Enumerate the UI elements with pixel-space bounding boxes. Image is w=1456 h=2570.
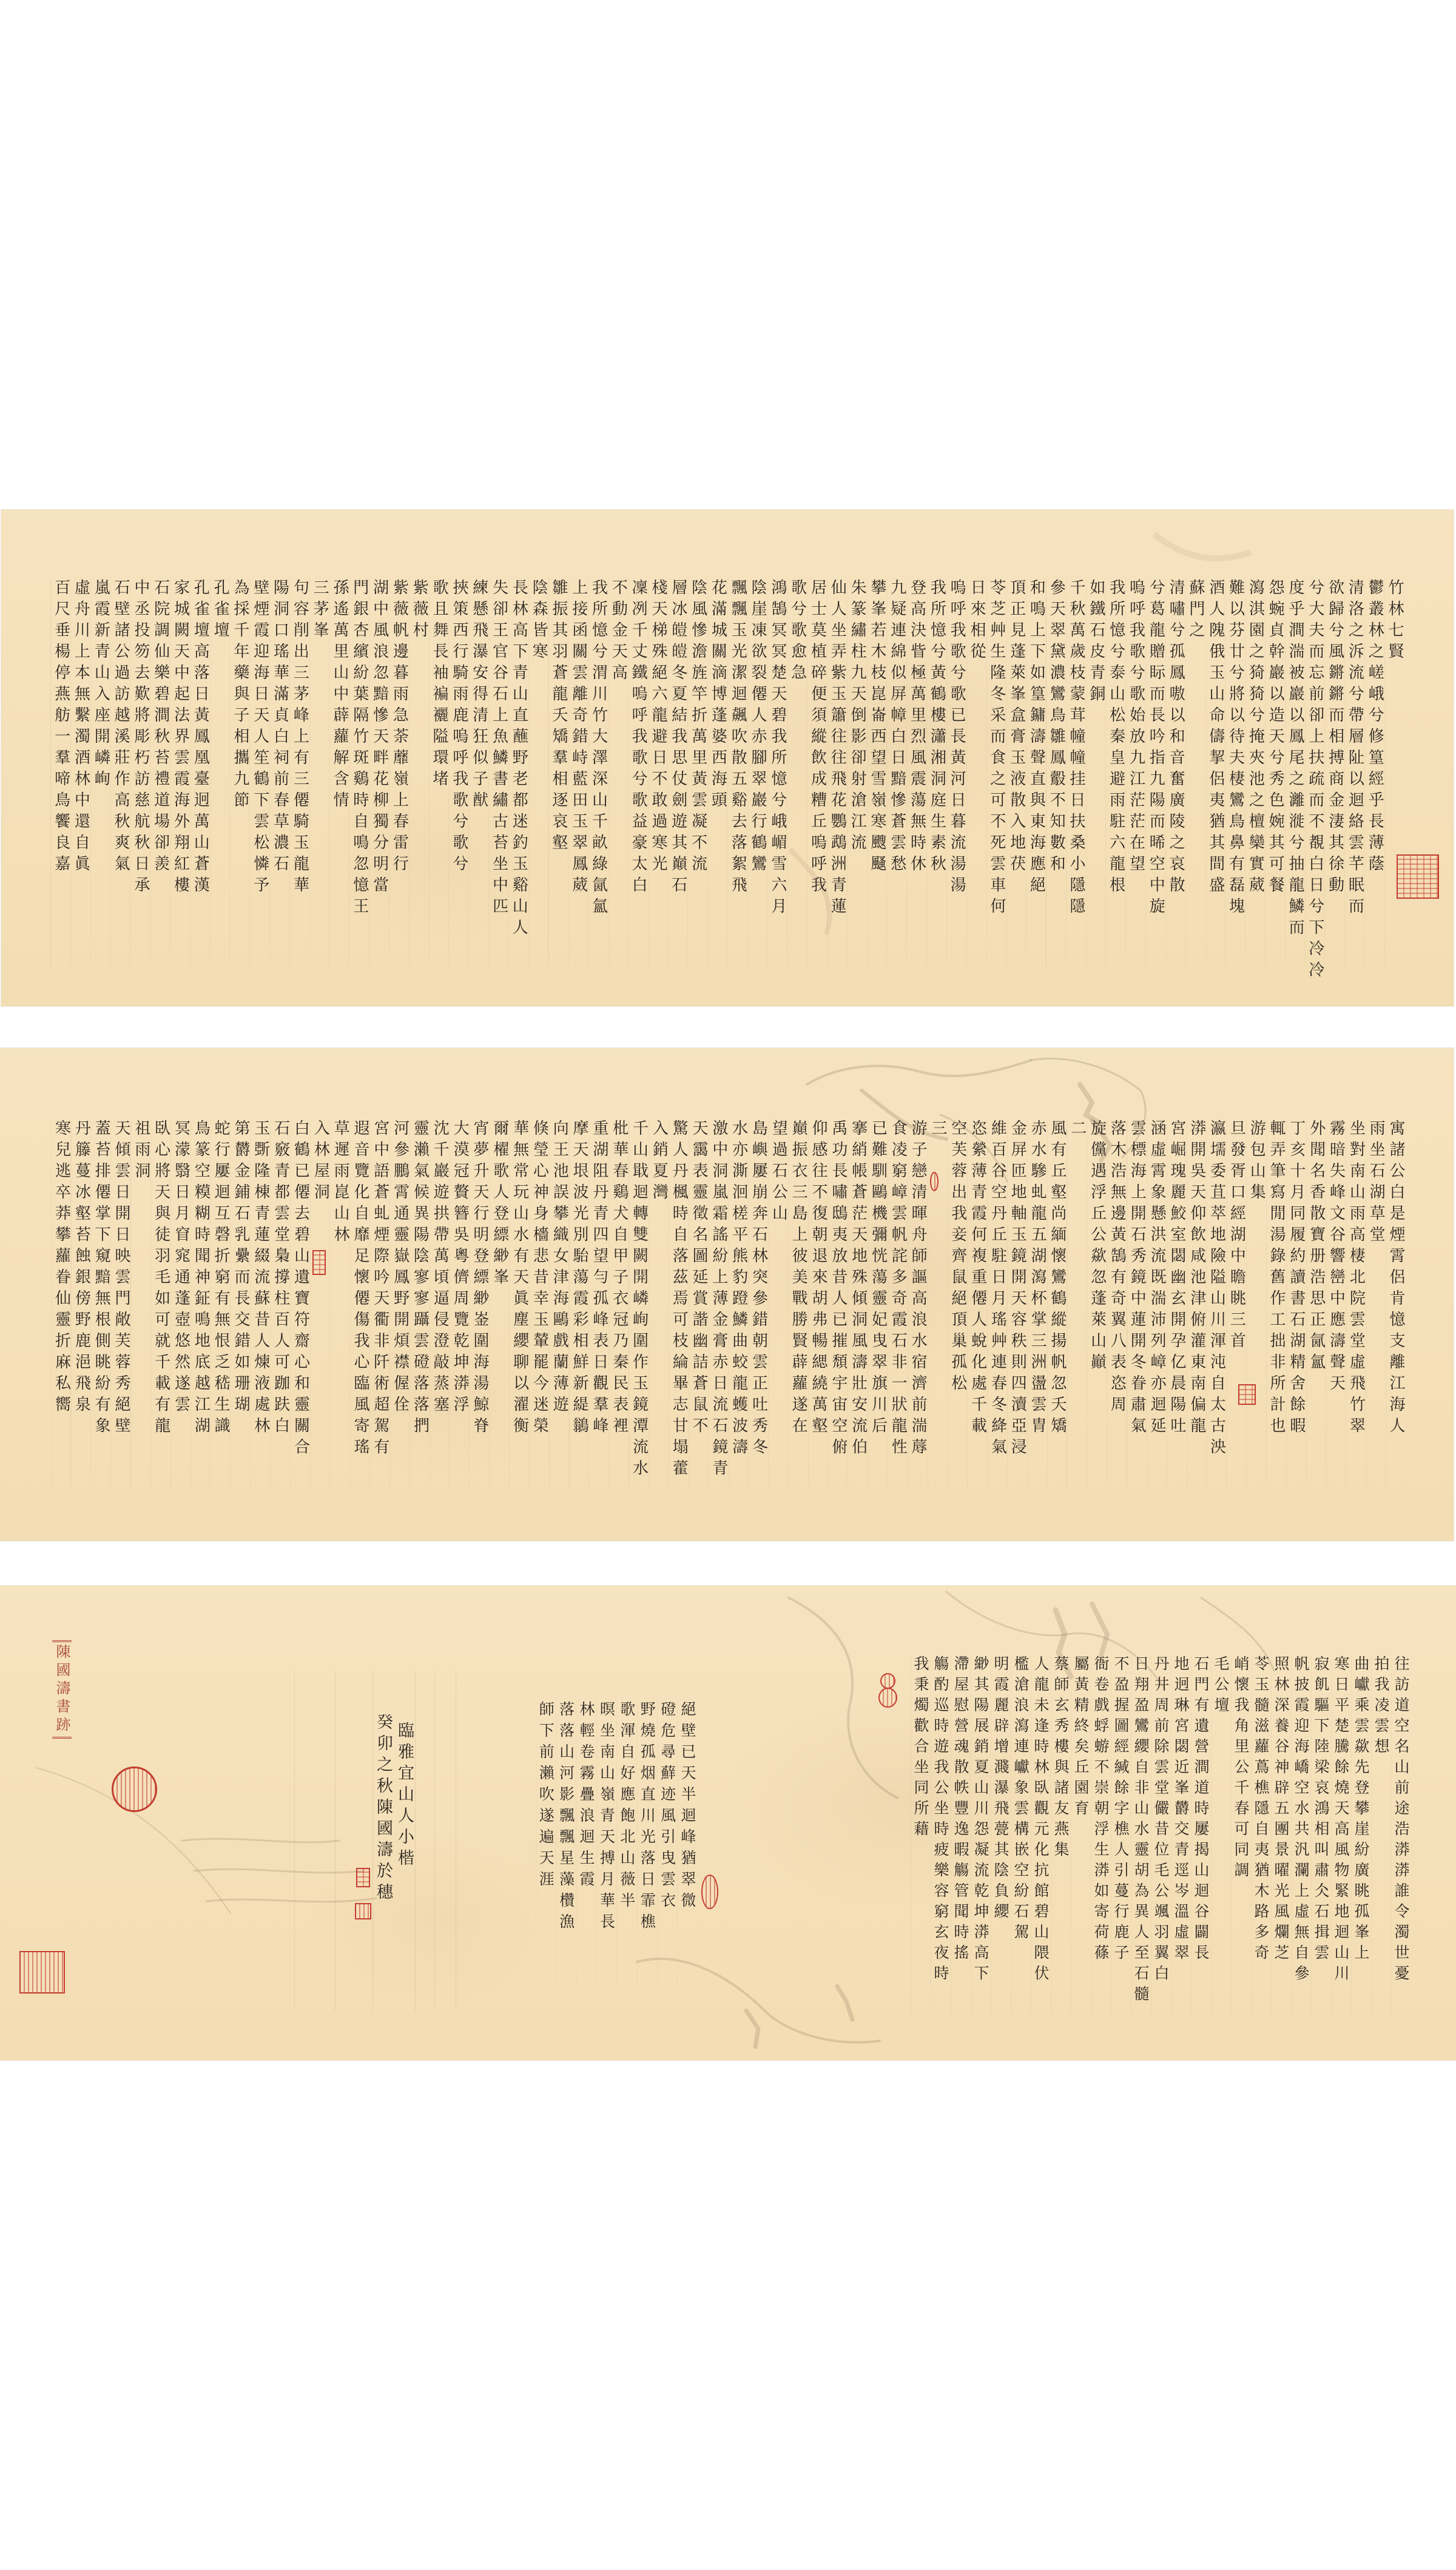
small-square-seal-icon — [312, 1250, 326, 1275]
calligraphy-text-block: 往訪道空名山前途浩漭漭誰令濁世憂拍我凌雲想曲巘乘雲歘先登攀崖紛廣眺孤峯上寒日平楚… — [911, 1655, 1411, 2020]
calligraphy-column-45: 爾櫂歌人登縹緲峯 — [490, 1120, 510, 1290]
calligraphy-column-46: 宵夢升天行明登縹緲崟圍海湯鯨脊 — [470, 1120, 490, 1438]
calligraphy-column-39: 不動金天高 — [608, 579, 629, 685]
calligraphy-column-0: 往訪道空名山前途浩漭漭誰令濁世憂 — [1391, 1655, 1411, 1986]
calligraphy-column-25: 食凌窮嶂雲帆詫多奇霞石非一狀龍性 — [888, 1120, 908, 1459]
calligraphy-column-20: 苓芝艸生隆冬采而食之可不死雲車何 — [986, 579, 1006, 919]
calligraphy-column-33: 飄飄玉光潔迴飆吹散五谿去落絮飛 — [727, 579, 747, 898]
name-seal-icon — [356, 1868, 370, 1887]
calligraphy-column-9: 毛公壇 — [1211, 1655, 1231, 1717]
short-poem-column-0: 絕壁已天半迴峰猶翠微 — [678, 1701, 698, 1913]
calligraphy-column-20: 維百谷空丹丘駐日月瑤艸連春冬絳氣 — [988, 1120, 1008, 1459]
calligraphy-column-39: 枇華春鷄犬自甲子衣冠乃秦民表裡 — [609, 1120, 629, 1438]
calligraphy-column-63: 祖雨洞 — [131, 1120, 151, 1183]
calligraphy-column-22: 嗚呼我歌兮歌已長黃河日暮流湯湯 — [946, 579, 966, 898]
calligraphy-column-6: 怨蜿貞幹巖以造天兮秀色婉其可餐 — [1265, 579, 1285, 898]
calligraphy-column-58: 第欝金鋪石乳纍而長交錯如珊瑚 — [231, 1120, 251, 1417]
calligraphy-column-18: 人龍未逢時林臥觀元化抗館碧山隈伏 — [1031, 1655, 1051, 1986]
calligraphy-column-67: 百尺垂楊停燕舫一羣啼鳥饗良嘉 — [51, 579, 71, 876]
calligraphy-column-64: 石壁諸公過訪越溪莊作高秋爽氣 — [110, 579, 130, 876]
short-poem-column-5: 林輕卷霧疊浪迴生霞 — [576, 1701, 596, 1892]
calligraphy-column-15: 旋儻遇浮丘公歘忽蓬萊山巓 — [1087, 1120, 1107, 1375]
guide-line — [415, 1671, 416, 2010]
oval-seal-icon — [701, 1875, 718, 1909]
calligraphy-column-57: 玉斲隆棟青蓮綴流蘇昔人煉液處林 — [251, 1120, 271, 1438]
calligraphy-column-36: 層冰皚皚冬夏結我思仗劍遊其巔石 — [668, 579, 688, 898]
calligraphy-column-20: 明霞麗辟增濺瀑飛甍其陰負纓 — [991, 1655, 1011, 1924]
calligraphy-column-37: 棧天梯殊絕六龍避日不敢過寒光 — [648, 579, 668, 876]
calligraphy-column-30: 歌兮歌愈急 — [787, 579, 807, 685]
calligraphy-column-33: 水亦澌洄槎平熊豹蹬鱗曲蛟龍蠖波濤 — [729, 1120, 749, 1459]
calligraphy-column-32: 陰崖凍欲裂僊人赤腳翠巖行鶴鸞 — [747, 579, 767, 876]
calligraphy-column-7: 游包山集 — [1246, 1120, 1266, 1205]
calligraphy-column-4: 兮大夫而忘前卻上扶疏而不覩白日兮下冷冷 — [1305, 579, 1325, 982]
calligraphy-column-9: 瀛壖委苴萃地險隘山川渾沌自太古泱 — [1207, 1120, 1227, 1459]
inscription-line-1: 臨雅宜山人小楷 — [394, 1705, 415, 1870]
name-seal-icon — [355, 1903, 371, 1919]
calligraphy-column-49: 紫薇村 — [409, 579, 429, 643]
calligraphy-column-32: 島嶼屢崩奔石林突參錯朝雲正吐秀冬 — [749, 1120, 769, 1459]
calligraphy-column-31: 望過石公山 — [769, 1120, 789, 1226]
calligraphy-column-65: 蓋苔排僊掌下窺黯無根側眺紛有象 — [91, 1120, 111, 1438]
calligraphy-column-56: 陽洞口瑤華滿貞白祠前春草濃石 — [270, 579, 290, 876]
scroll-panel-1: 竹林七賢鬱叢林之嵯峨兮修篁經乎長薄蔭清洛之泝流兮帶層阯以迴絡雲芊眠而欲歸兮風鏘鏘… — [1, 510, 1454, 1006]
calligraphy-column-63: 中丞投笏去歎將彫朽訪慈航秋日承 — [130, 579, 150, 898]
calligraphy-column-31: 鴻鵠冥冥楚天碧我所憶兮峨嵋雪六月 — [767, 579, 787, 919]
calligraphy-column-42: 雛振其羽蒼龍夭矯羣相逐哀壑 — [548, 579, 568, 855]
calligraphy-column-47: 大漠冠贅簪吳粵儕周覽乾坤漭浮 — [450, 1120, 470, 1417]
calligraphy-column-1: 雨坐石湖草堂 — [1366, 1120, 1386, 1247]
gourd-seal-icon — [878, 1673, 897, 1708]
calligraphy-column-40: 我所憶兮渭川竹大澤深山千畝綠氤氳 — [588, 579, 608, 919]
calligraphy-column-44: 長林高下青山直蘸野老都迷釣玉谿山人 — [508, 579, 528, 940]
short-poem-column-3: 歌渾自好應飽北山薇半 — [616, 1701, 636, 1913]
calligraphy-column-3: 霧暗失峰文谷響巒中應濤聲天 — [1326, 1120, 1346, 1396]
calligraphy-column-13: 嗚呼我歌兮歌始放九江茫茫在望 — [1126, 579, 1146, 876]
calligraphy-column-21: 日來相從 — [966, 579, 986, 664]
calligraphy-column-24: 我秉燭歡合坐同所藉 — [911, 1655, 931, 1841]
short-poem-column-7: 師下前瀨吹遂遍天涯 — [536, 1701, 556, 1892]
inscription-line-2: 癸卯之秋陳國濤於穗 — [372, 1705, 394, 1904]
calligraphy-column-10: 蘇門之 — [1185, 579, 1205, 643]
calligraphy-column-23: 觴酌巡時遊我公坐時疲樂容窮玄夜時 — [931, 1655, 951, 1986]
calligraphy-column-12: 涵虛霄象懸洪流既湍沛列嶂亦迴延 — [1147, 1120, 1167, 1438]
calligraphy-column-3: 寒日平楚騰餘燒天高風物緊地迴山川 — [1331, 1655, 1351, 1986]
calligraphy-column-38: 凜冽千丈鐵嗚呼我歌兮歌益豪太白 — [628, 579, 648, 898]
calligraphy-column-65: 嵐霞新青山入座開嶙峋 — [90, 579, 110, 791]
calligraphy-column-50: 河參鵬霄通靈嶽鳳野開煩襟偓佺 — [390, 1120, 410, 1417]
calligraphy-column-60: 孔雀壇高落日黃鳳凰臺迥萬山蒼漢 — [190, 579, 210, 898]
guide-line — [434, 1671, 435, 2010]
calligraphy-column-5: 度乎澗湍被巖以鳳尾之灕漇兮抽龍鱗而 — [1285, 579, 1305, 940]
calligraphy-column-51: 宮中語蒼虬煙際吟天衢非阡術超駕有 — [370, 1120, 390, 1459]
calligraphy-column-24: 登高決眥極萬里烈風震蕩無時休 — [907, 579, 927, 876]
calligraphy-column-27: 朱篆繡柱九天倒影卻射滄江流 — [847, 579, 867, 855]
calligraphy-column-1: 鬱叢林之嵯峨兮修篁經乎長薄蔭 — [1364, 579, 1384, 876]
calligraphy-column-51: 湖中風浪忽黯慘天畔花柳獨分明當 — [369, 579, 389, 898]
calligraphy-column-59: 孔雀壇 — [210, 579, 230, 643]
calligraphy-column-29: 居士莫植碎便須縱飲成糟丘嗚呼我 — [807, 579, 827, 898]
calligraphy-column-59: 蛇行屢迴互磬折窮有無恨乏嵇生識 — [211, 1120, 231, 1438]
calligraphy-column-10: 石門有遺營澗道時屢揭山迴谷闢長 — [1191, 1655, 1211, 1965]
calligraphy-column-14: 落木浩無邊黃鵠有奇翼八表恣周 — [1107, 1120, 1127, 1417]
round-seal-icon — [112, 1767, 157, 1812]
calligraphy-column-19: 金屏匝地軸玉鏡開天容秩則四瀆亞浸 — [1007, 1120, 1027, 1459]
calligraphy-column-13: 日翔盈鸞纓自非山水靈胡為異人至石髓 — [1131, 1655, 1151, 2006]
calligraphy-column-57: 壁煙霞迎海日天人笙鶴下雲松憐予 — [250, 579, 270, 898]
calligraphy-column-18: 和鳴上下如篁鏞濤聲直與東海應絕 — [1026, 579, 1046, 898]
calligraphy-column-38: 千山戢迴轉雙闕開嶙峋圍作玉鏡潭流水 — [629, 1120, 649, 1481]
short-poem-column-6: 落落山河影飄飄星藻欑漁 — [556, 1701, 576, 1935]
calligraphy-column-2: 坐對南山雨高棲北院雲堂虛飛竹翠 — [1346, 1120, 1366, 1438]
calligraphy-column-12: 丹井周前除雲堂儼昔位毛公颯羽翼白 — [1151, 1655, 1171, 1986]
calligraphy-column-34: 激中洞嵐霜謠紛上薄金膏赤日流石鏡青 — [709, 1120, 729, 1481]
calligraphy-text-block: 寓諸公白是煙霄侶肯憶支離江海人雨坐石湖草堂坐對南山雨高棲北院雲堂虛飛竹翠霧暗失峰… — [51, 1120, 1406, 1490]
calligraphy-column-61: 冥濛翳日月窅窕通蓬壺悠然遂雲 — [171, 1120, 191, 1417]
calligraphy-column-21: 緲其陽展銷夏山川怨凝流乾坤漭高下 — [971, 1655, 991, 1986]
calligraphy-column-5: 丁亥十月同履約讀書石湖精舍餘暇 — [1286, 1120, 1306, 1438]
calligraphy-column-43: 倏瑩心神身檣悲昔幸玉輦罷今迷榮 — [530, 1120, 550, 1438]
calligraphy-column-67: 寒兒逃卒莽攀蘿眷仙靈折麻私嚮 — [52, 1120, 72, 1417]
calligraphy-column-18: 赤水驂虬龍五湖瀉杯掌三洲盪雲胄 — [1027, 1120, 1047, 1438]
square-seal-icon — [19, 1951, 65, 1993]
calligraphy-column-23: 我所憶兮黃鶴樓瀟湘洞庭生素秋 — [927, 579, 947, 876]
calligraphy-column-30: 巔振衣三島上彼美戰勝賢薜蘿遂在 — [788, 1120, 808, 1438]
calligraphy-column-43: 陰森皆寒 — [528, 579, 548, 664]
calligraphy-column-44: 華無常玩山水有天眞塵纓聊以濯衡 — [510, 1120, 530, 1438]
calligraphy-column-15: 如鐵石皮青銅 — [1086, 579, 1106, 706]
calligraphy-column-41: 上接函關雲離奇錯峙藍田玉翠鳳葳 — [568, 579, 588, 898]
calligraphy-column-55: 句容削出三茅峰上有三僊騎玉龍華 — [290, 579, 310, 898]
calligraphy-column-54: 三茅峯 — [309, 579, 329, 643]
calligraphy-column-66: 丹籐蔓冰壑苔蝕銀傍野鹿浥飛泉 — [72, 1120, 92, 1417]
calligraphy-column-26: 已難馴鷗機彌恍蕩靈妃曳翠旗川后 — [868, 1120, 888, 1438]
calligraphy-column-25: 九疑連綿似屏幛白日黯慘蒼雲愁 — [887, 579, 907, 876]
calligraphy-column-64: 天傾雲日開日映雲門敞芙蓉秀絕壁 — [111, 1120, 131, 1438]
guide-line — [335, 1671, 335, 2010]
short-poem-column-1: 磴危尋蘚迹風引曳雲衣 — [657, 1701, 677, 1913]
calligraphy-column-52: 門銀杏繽紛葉隔竹斑鷄時自鳴忽憶王 — [349, 579, 369, 919]
calligraphy-column-10: 漭開吳天仰飲咸池津俯灌東南偏龍 — [1187, 1120, 1207, 1438]
calligraphy-column-4: 外聞名香散寶册浩思正氤氳 — [1306, 1120, 1326, 1375]
calligraphy-column-41: 摩天垠波光別駘蕩霞彩相鮮新緹鶲 — [569, 1120, 589, 1438]
calligraphy-column-17: 風有丘壑尚緬懷鸞鶴縱揚帆忽夭矯 — [1047, 1120, 1067, 1438]
calligraphy-column-36: 驚人丹楓時自落茲焉可枝綸畢志甘塌藿 — [669, 1120, 689, 1481]
calligraphy-column-6: 照林深養谷神辟五團景曜光風爛芝 — [1271, 1655, 1291, 1965]
calligraphy-column-22: 空芙蓉出我妾齊鼠絕頂巢孤松 — [948, 1120, 968, 1396]
calligraphy-column-45: 失卻王官谷石上魚鱗書繡古苔坐中匹 — [489, 579, 509, 919]
calligraphy-column-17: 參天翠黛濃鸞鳥雛鳳鷇不知數和 — [1046, 579, 1066, 876]
calligraphy-column-1: 拍我凌雲想 — [1371, 1655, 1391, 1759]
calligraphy-column-6: 輒弄筆寫閒湯錄舊作工拙非所計也 — [1266, 1120, 1286, 1438]
calligraphy-column-26: 攀峯若木枝崑崙西望雪嶺寒颼颾 — [867, 579, 887, 876]
calligraphy-column-5: 帆披霞迎海嶠空水共汎瀾上虛無自參 — [1291, 1655, 1311, 1986]
calligraphy-column-14: 不盈握圖經緘餘字樵人引蔓行鹿子 — [1111, 1655, 1131, 1965]
square-seal-icon — [1397, 854, 1439, 899]
calligraphy-column-17: 蔡師玄秀樓與諸友燕集 — [1051, 1655, 1071, 1862]
calligraphy-column-0: 寓諸公白是煙霄侶肯憶支離江海人 — [1386, 1120, 1406, 1438]
scroll-panel-2: 寓諸公白是煙霄侶肯憶支離江海人雨坐石湖草堂坐對南山雨高棲北院雲堂虛飛竹翠霧暗失峰… — [0, 1048, 1454, 1541]
calligraphy-column-4: 寂飢驅下陸梁哀鴻相叫肅仌石揖雲 — [1311, 1655, 1331, 1965]
calligraphy-column-23: 三 — [928, 1120, 948, 1141]
calligraphy-column-16: 二 — [1067, 1120, 1087, 1141]
calligraphy-column-14: 我所憶兮泰山松秦皇避雨駐六龍根 — [1106, 579, 1126, 898]
calligraphy-column-42: 向王池誤攀織女津海鷗戲蘭薄遊 — [549, 1120, 569, 1417]
calligraphy-column-40: 重湖阻丹青四望勻孤峰表日觀羣峰 — [589, 1120, 609, 1438]
calligraphy-column-52: 遐音覽化自靡足懷僊傷我心臨風寄瑤 — [350, 1120, 370, 1459]
calligraphy-column-62: 石院調仙樂碧澗秋苔禮道場卻羨 — [150, 579, 170, 876]
calligraphy-column-58: 為採千年藥與子相攜九節 — [230, 579, 250, 813]
calligraphy-column-61: 家城闕天中起法界雲霞海外翔紅樓 — [170, 579, 190, 898]
calligraphy-column-11: 清嘯兮孤鳳嗷以和音奮廣陵之哀散 — [1165, 579, 1185, 898]
calligraphy-column-55: 白鶴已僊去碧山遺寶符齋心和靈關合 — [291, 1120, 311, 1459]
calligraphy-column-56: 石竅青都雲堂梟撐柱百人可跏趺白 — [271, 1120, 291, 1438]
calligraphy-column-21: 恣縈薄青霞何複重僊人蛻化處千載 — [968, 1120, 988, 1438]
collector-label-text: 陳國濤書跡 — [53, 1644, 71, 1735]
calligraphy-column-8: 峭懷我角里公千春可同調 — [1231, 1655, 1251, 1882]
calligraphy-column-19: 檻滄浪瀉連巘象雲構嵌空紛石駕 — [1011, 1655, 1031, 1944]
guide-line — [456, 1671, 456, 2010]
calligraphy-column-0: 竹林七賢 — [1384, 579, 1404, 664]
calligraphy-column-11: 宮崛瑰麗鮫室閟幽玄開孕亿晨陽吐 — [1167, 1120, 1187, 1438]
calligraphy-column-53: 孫遙萬里山中薜蘿解含情 — [329, 579, 349, 813]
calligraphy-column-8: 旦發胥口經湖中瞻眺三首 — [1227, 1120, 1247, 1353]
calligraphy-column-62: 臥心將天與徒羽毛如可就千載有龍 — [151, 1120, 171, 1438]
calligraphy-column-35: 陰風慘澹旌竿折萬里黃雲凝不流 — [688, 579, 708, 876]
calligraphy-column-2: 清洛之泝流兮帶層阯以迴絡雲芊眠而 — [1345, 579, 1365, 919]
calligraphy-column-7: 苓玉髓滋蘿蔦樵隱自夷猶木路多奇 — [1251, 1655, 1271, 1965]
short-poem-column-4: 暝坐南山嶺青天搏月華長 — [596, 1701, 616, 1935]
calligraphy-column-50: 紫薇帆邊暮雨急荼蘼嶺上春雷行 — [389, 579, 409, 876]
calligraphy-column-28: 仙人坐弄紫玉簫往往飛花鸚鵡洲青蓮 — [827, 579, 847, 919]
calligraphy-column-3: 欲歸兮風鏘鏘而相搏商金淒其徐動 — [1325, 579, 1345, 898]
short-poem-text-block: 絕壁已天半迴峰猶翠微磴危尋蘚迹風引曳雲衣野燒孤烟直川光落日霏樵歌渾自好應飽北山薇… — [536, 1701, 698, 1986]
calligraphy-column-48: 歌且舞長袖褊襹隘環堵 — [429, 579, 449, 791]
collector-label: 陳國濤書跡 — [52, 1640, 72, 1739]
guide-line — [294, 1671, 295, 2010]
calligraphy-column-66: 虛舟川上本無繫濁酒林中還自眞 — [71, 579, 91, 876]
calligraphy-column-16: 千秋萬歲枝蒙茸幢幢挂日扶桑小隱隱 — [1066, 579, 1086, 919]
calligraphy-column-34: 花滿城關滴博蓬婆西海頭 — [708, 579, 728, 813]
small-oval-seal-icon — [930, 1172, 939, 1191]
calligraphy-text-block: 竹林七賢鬱叢林之嵯峨兮修篁經乎長薄蔭清洛之泝流兮帶層阯以迴絡雲芊眠而欲歸兮風鏘鏘… — [50, 579, 1404, 967]
small-square-seal-icon — [1238, 1384, 1256, 1405]
short-poem-column-2: 野燒孤烟直川光落日霏樵 — [637, 1701, 657, 1935]
calligraphy-column-48: 沈千巖遊拱帶萬頃逼侵澄敲蒸塞 — [430, 1120, 450, 1417]
calligraphy-column-37: 入銷夏灣 — [649, 1120, 669, 1205]
calligraphy-column-15: 衙卷戲蜉蝣不崇朝浮生漭如寄荷蓧 — [1091, 1655, 1111, 1965]
calligraphy-column-29: 仰感往不復朝退來胡弗暢緦繞萬壑 — [808, 1120, 828, 1438]
scroll-panel-3: 往訪道空名山前途浩漭漭誰令濁世憂拍我凌雲想曲巘乘雲歘先登攀崖紛廣眺孤峯上寒日平楚… — [0, 1586, 1456, 2060]
calligraphy-column-27: 搴綃帳蒼茫天地殊傾洞風濤壯安流伯 — [848, 1120, 868, 1459]
calligraphy-column-28: 禹功長嘯鴟夷放昔人已摧頹宇宙空俯 — [828, 1120, 848, 1459]
calligraphy-column-46: 練懸飛瀑安得清狂似子猷 — [469, 579, 489, 813]
calligraphy-column-9: 酒人隗俄玉山命儔挈侶夷猶其間盛 — [1205, 579, 1225, 898]
calligraphy-column-47: 挾策西行騎雨鹿嗚呼我歌兮歌兮 — [449, 579, 469, 876]
calligraphy-column-8: 難以芬廿兮將以待夫棲鸞鳥鼻有磊塊 — [1225, 579, 1245, 919]
calligraphy-column-35: 天靄表靈徵名圖延賞諧幽詰蒼鼠不 — [689, 1120, 709, 1438]
calligraphy-column-11: 地迥琳宮閟近峯欝交青逕岑溫虛翠 — [1171, 1655, 1191, 1965]
calligraphy-column-22: 滯屋慰營魂散帙豐逸暇觴管聞時搖 — [951, 1655, 971, 1965]
artist-inscription: 臨雅宜山人小楷 癸卯之秋陳國濤於穗 — [372, 1705, 415, 2020]
calligraphy-column-16: 屬黃精終矣丘園育 — [1071, 1655, 1091, 1821]
calligraphy-column-49: 靈瀨氣候異陽陰寥寥躡雲磴落落捫 — [410, 1120, 430, 1438]
calligraphy-column-19: 頂正見蓬萊峯盒膏玉液散入地茯 — [1006, 579, 1026, 876]
calligraphy-column-60: 鳥篆空糢糊時聞神鉦鳴地底越江湖 — [190, 1120, 211, 1438]
calligraphy-column-2: 曲巘乘雲歘先登攀崖紛廣眺孤峯上 — [1351, 1655, 1371, 1965]
calligraphy-column-53: 草遲雨崑山林 — [330, 1120, 350, 1247]
calligraphy-column-13: 雲標海上開石秀鏡中蓮開冬眷肅氣 — [1127, 1120, 1147, 1438]
calligraphy-column-24: 游子戀清暉舟師謳高浪水宿濟前湍蓐 — [908, 1120, 928, 1459]
calligraphy-column-7: 瀉淇園之猗猗兮掩夾池之檀欒實葳 — [1245, 579, 1266, 898]
calligraphy-column-54: 入林屋洞 — [310, 1120, 330, 1205]
calligraphy-column-12: 兮葛龍贈眎而長吟指九陽而晞空中旋 — [1145, 579, 1165, 919]
